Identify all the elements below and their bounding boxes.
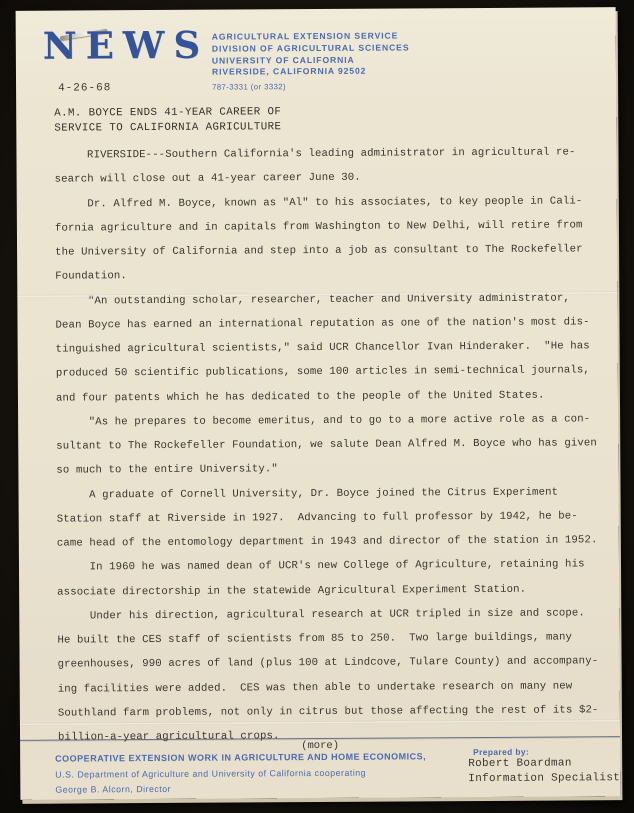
letterhead-line: 787-3331 (or 3332) <box>212 81 410 94</box>
body-line: so much to the entire University." <box>56 455 608 483</box>
footer-line: COOPERATIVE EXTENSION WORK IN AGRICULTUR… <box>55 749 426 767</box>
scan-background: NEWS AGRICULTURAL EXTENSION SERVICEDIVIS… <box>0 0 634 813</box>
release-date: 4-26-68 <box>58 82 111 94</box>
body-line: fornia agriculture and in capitals from … <box>55 213 607 241</box>
letterhead-line: RIVERSIDE, CALIFORNIA 92502 <box>212 66 410 79</box>
body-line: the University of California and step in… <box>55 237 607 265</box>
body-line: Southland farm problems, not only in cit… <box>58 698 610 726</box>
body-line: associate directorship in the statewide … <box>57 577 609 605</box>
body-line: In 1960 he was named dean of UCR's new C… <box>57 552 609 580</box>
body-line: Foundation. <box>55 261 607 289</box>
body-line: RIVERSIDE---Southern California's leadin… <box>54 140 606 168</box>
body-line: tinguished agricultural scientists," sai… <box>56 334 608 362</box>
body-line: ing facilities were added. CES was then … <box>58 674 610 702</box>
body-line: "An outstanding scholar, researcher, tea… <box>55 286 607 314</box>
headline: A.M. BOYCE ENDS 41-YEAR CAREER OFSERVICE… <box>54 105 281 135</box>
body-line: Under his direction, agricultural resear… <box>57 601 609 629</box>
body-line: Dr. Alfred M. Boyce, known as "Al" to hi… <box>55 189 607 217</box>
prepared-by-block: Prepared by: Robert Boardman Information… <box>468 746 620 786</box>
prepared-by-name: Robert Boardman <box>468 756 620 771</box>
letterhead-line: DIVISION OF AGRICULTURAL SCIENCES <box>212 42 410 55</box>
body-line: Dean Boyce has earned an international r… <box>55 310 607 338</box>
prepared-by-title: Information Specialist <box>468 771 620 786</box>
letterhead-line: AGRICULTURAL EXTENSION SERVICE <box>212 30 410 43</box>
body-line: "As he prepares to become emeritus, and … <box>56 407 608 435</box>
body-line: He built the CES staff of scientists fro… <box>57 625 609 653</box>
footer-line: George B. Alcorn, Director <box>55 780 426 798</box>
body-line: Station staff at Riverside in 1927. Adva… <box>57 504 609 532</box>
news-masthead-logo: NEWS <box>43 23 210 68</box>
press-release-page: NEWS AGRICULTURAL EXTENSION SERVICEDIVIS… <box>16 7 621 800</box>
headline-line: A.M. BOYCE ENDS 41-YEAR CAREER OF <box>54 105 281 121</box>
body-line: greenhouses, 990 acres of land (plus 100… <box>58 649 610 677</box>
body-text: RIVERSIDE---Southern California's leadin… <box>54 140 610 750</box>
body-line: produced 50 scientific publications, som… <box>56 358 608 386</box>
letterhead-address-block: AGRICULTURAL EXTENSION SERVICEDIVISION O… <box>212 30 410 93</box>
body-line: came head of the entomology department i… <box>57 528 609 556</box>
body-line: search will close out a 41-year career J… <box>55 164 607 192</box>
body-line: sultant to The Rockefeller Foundation, w… <box>56 431 608 459</box>
body-line: and four patents which he has dedicated … <box>56 383 608 411</box>
body-line: A graduate of Cornell University, Dr. Bo… <box>56 480 608 508</box>
cooperative-extension-footer: COOPERATIVE EXTENSION WORK IN AGRICULTUR… <box>55 749 426 798</box>
headline-line: SERVICE TO CALIFORNIA AGRICULTURE <box>54 120 281 136</box>
